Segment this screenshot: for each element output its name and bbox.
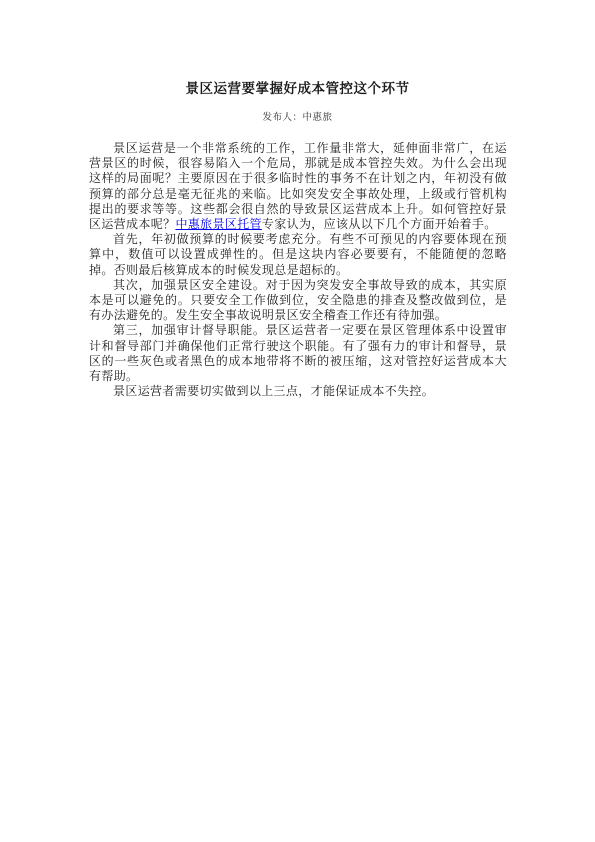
document-title: 景区运营要掌握好成本管控这个环节 (0, 80, 595, 97)
paragraph-second-point: 其次，加强景区安全建设。对于因为突发安全事故导致的成本，其实原本是可以避免的。只… (89, 278, 507, 324)
paragraph-intro: 景区运营是一个非常系统的工作，工作量非常大，延伸面非常广，在运营景区的时候，很容… (89, 141, 507, 232)
publisher-line: 发布人：中惠旅 (0, 112, 595, 124)
paragraph-third-point: 第三，加强审计督导职能。景区运营者一定要在景区管理体系中设置审计和督导部门并确保… (89, 323, 507, 384)
paragraph-first-point: 首先，年初做预算的时候要考虑充分。有些不可预见的内容要体现在预算中，数值可以设置… (89, 232, 507, 278)
paragraph-conclusion: 景区运营者需要切实做到以上三点，才能保证成本不失控。 (89, 384, 507, 399)
document-page: 景区运营要掌握好成本管控这个环节 发布人：中惠旅 景区运营是一个非常系统的工作，… (0, 0, 595, 842)
article-body: 景区运营是一个非常系统的工作，工作量非常大，延伸面非常广，在运营景区的时候，很容… (89, 141, 507, 399)
zhonghuilv-trusteeship-link[interactable]: 中惠旅景区托管 (175, 217, 261, 231)
paragraph-intro-tail: 专家认为，应该从以下几个方面开始着手。 (262, 217, 497, 231)
